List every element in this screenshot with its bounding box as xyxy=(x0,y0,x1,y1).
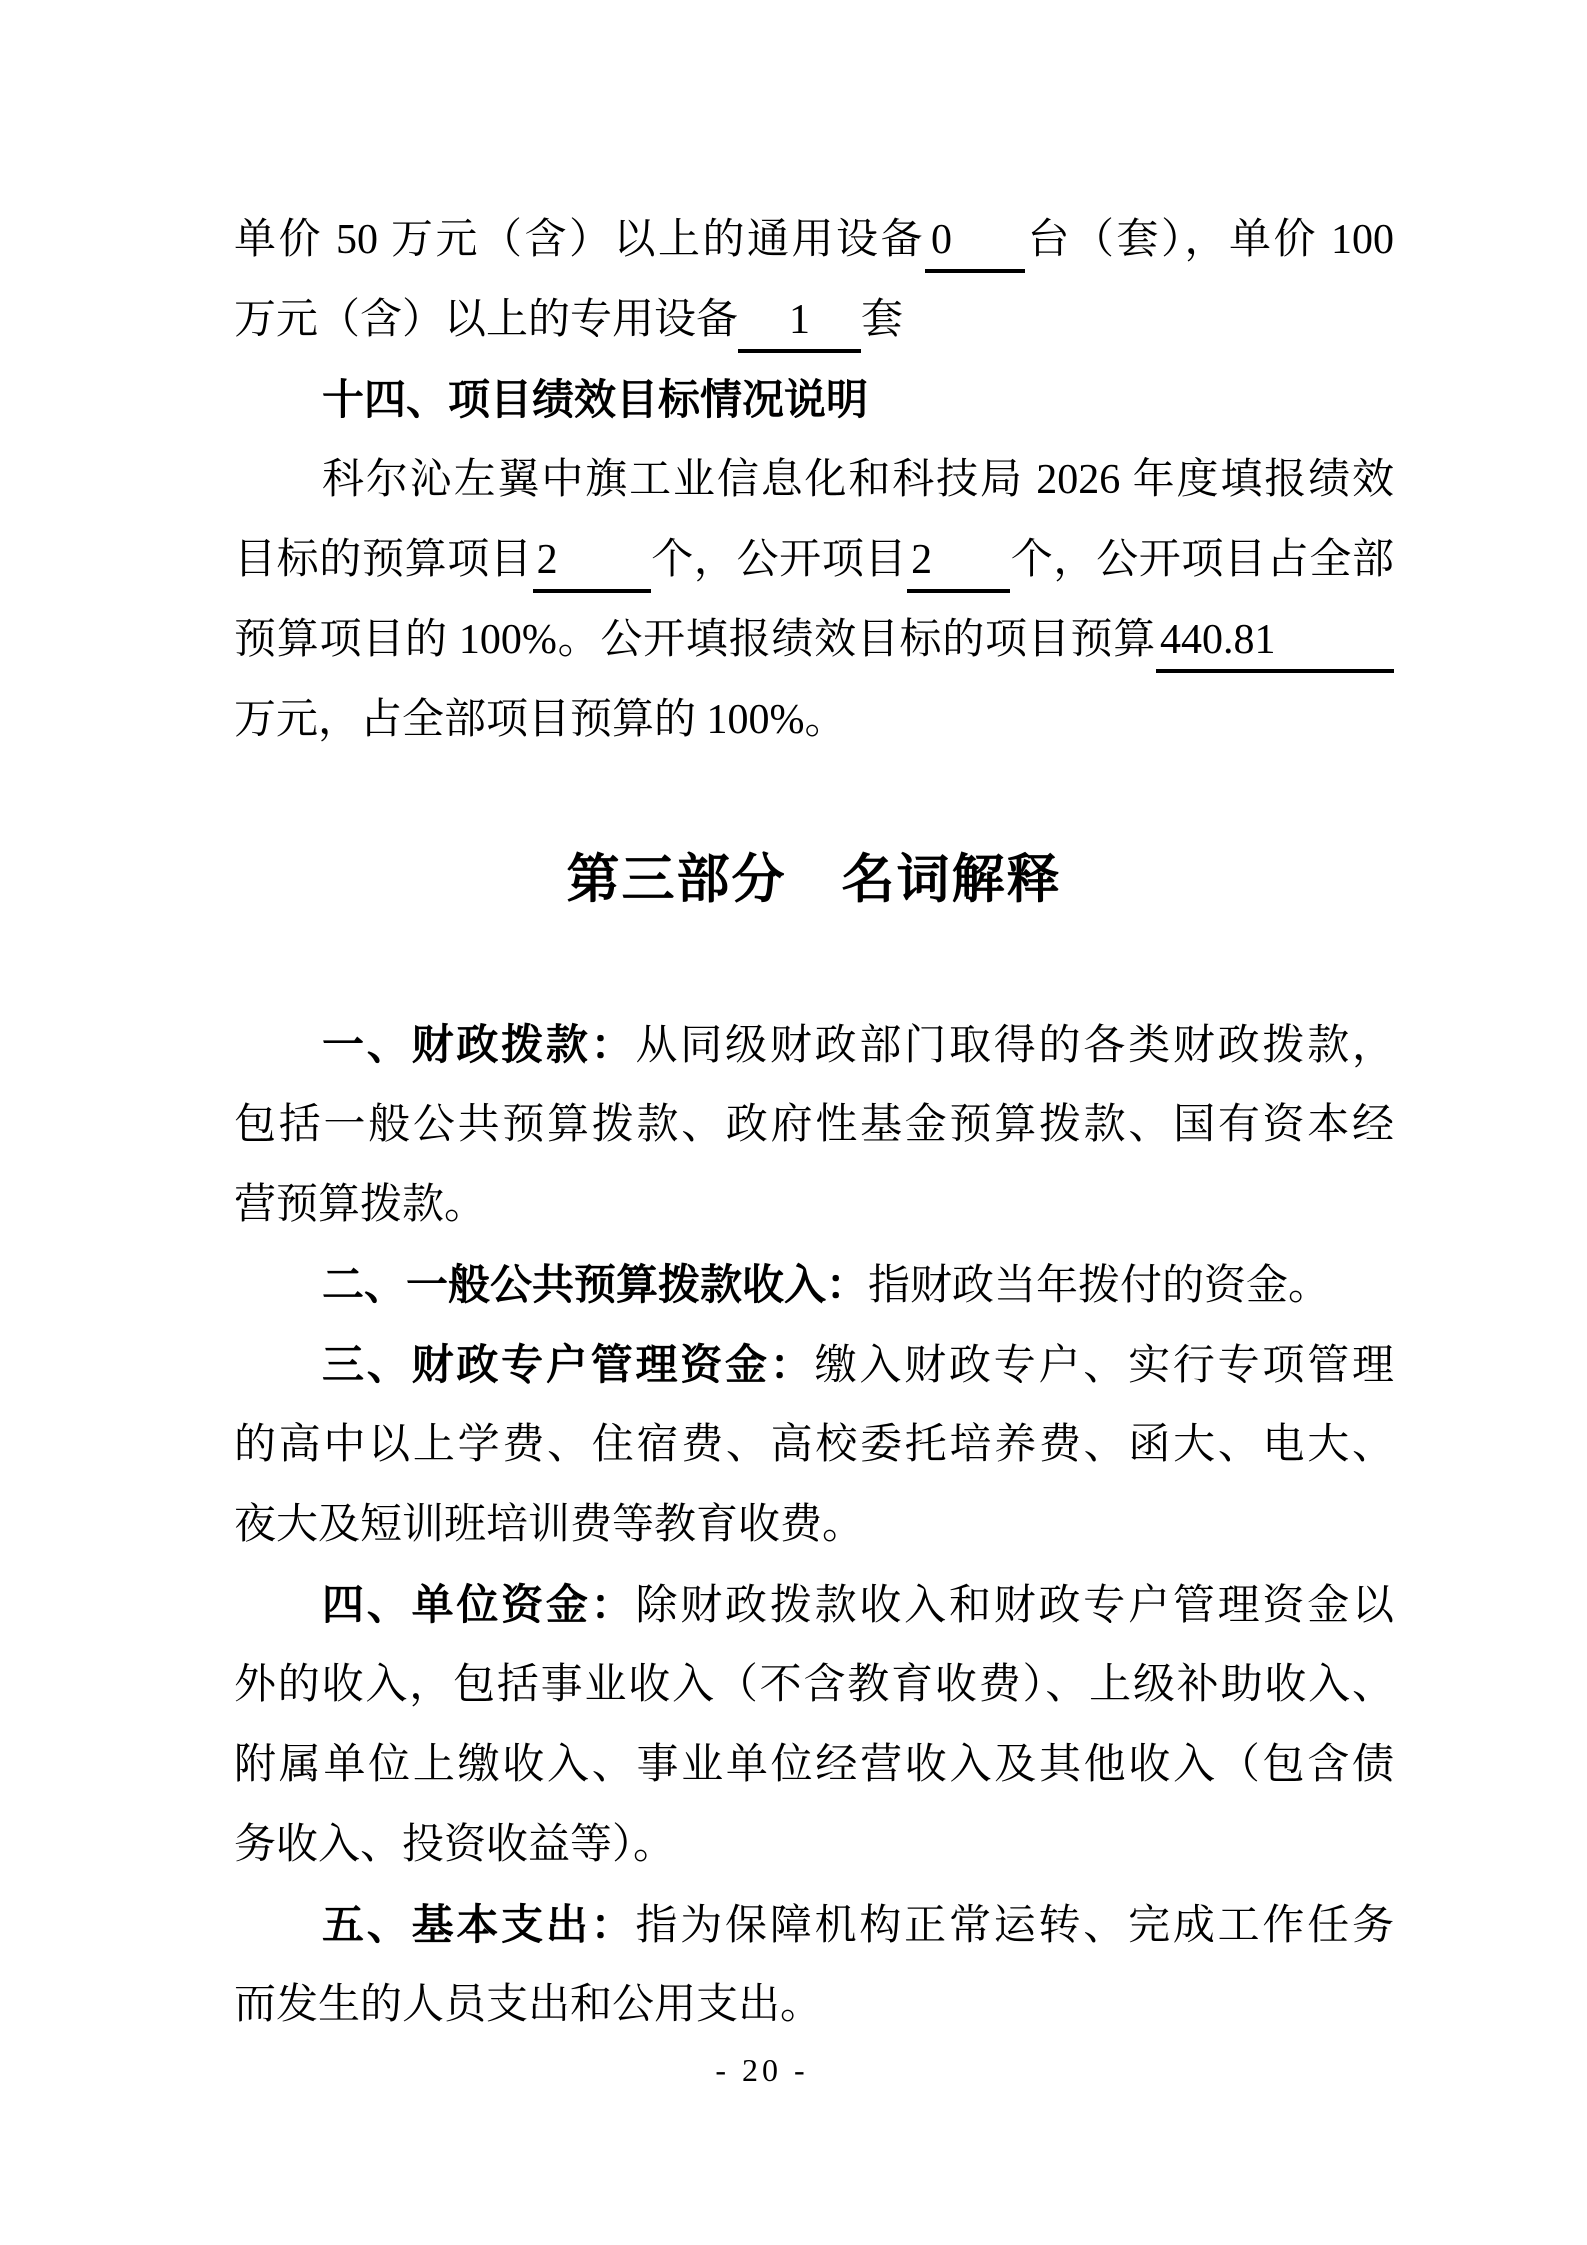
body-text-line: 三、财政专户管理资金：缴入财政专户、实行专项管理 xyxy=(234,1325,1394,1405)
text-segment: 务收入、投资收益等）。 xyxy=(234,1822,675,1868)
body-text-line: 外的收入，包括事业收入（不含教育收费）、上级补助收入、 xyxy=(234,1645,1394,1725)
filled-blank-value: 0 xyxy=(925,211,1025,273)
section-subheading: 十四、项目绩效目标情况说明 xyxy=(234,360,1394,440)
body-text-line: 四、单位资金：除财政拨款收入和财政专户管理资金以 xyxy=(234,1565,1394,1645)
text-segment: 四、单位资金： xyxy=(322,1581,635,1628)
body-text-line: 万元，占全部项目预算的 100%。 xyxy=(234,680,1394,760)
body-text-line: 包括一般公共预算拨款、政府性基金预算拨款、国有资本经 xyxy=(234,1085,1394,1165)
body-text-line: 营预算拨款。 xyxy=(234,1165,1394,1245)
text-segment: 个，公开项目占全部 xyxy=(1010,537,1394,583)
body-text-line: 万元（含）以上的专用设备1套 xyxy=(234,280,1394,360)
text-segment: 的高中以上学费、住宿费、高校委托培养费、函大、电大、 xyxy=(234,1422,1394,1468)
filled-blank-value: 2 xyxy=(907,531,1010,593)
text-segment: 附属单位上缴收入、事业单位经营收入及其他收入（包含债 xyxy=(234,1742,1394,1788)
text-segment: 单价 50 万元（含）以上的通用设备 xyxy=(234,217,925,263)
text-segment: 目标的预算项目 xyxy=(234,537,533,583)
text-segment: 万元（含）以上的专用设备 xyxy=(234,297,738,343)
filled-blank-value: 1 xyxy=(738,291,861,353)
body-text-line: 附属单位上缴收入、事业单位经营收入及其他收入（包含债 xyxy=(234,1725,1394,1805)
body-text-line: 而发生的人员支出和公用支出。 xyxy=(234,1965,1394,2045)
body-text-line: 科尔沁左翼中旗工业信息化和科技局 2026 年度填报绩效 xyxy=(234,440,1394,520)
text-segment: 营预算拨款。 xyxy=(234,1182,486,1228)
text-segment: 三、财政专户管理资金： xyxy=(322,1341,815,1388)
text-segment: 万元，占全部项目预算的 100%。 xyxy=(234,697,847,743)
body-text-line: 夜大及短训班培训费等教育收费。 xyxy=(234,1485,1394,1565)
text-segment: 指为保障机构正常运转、完成工作任务 xyxy=(635,1903,1394,1949)
text-segment: 科尔沁左翼中旗工业信息化和科技局 2026 年度填报绩效 xyxy=(322,457,1394,503)
text-segment: 二、一般公共预算拨款收入： xyxy=(322,1261,868,1308)
part-heading: 第三部分 名词解释 xyxy=(234,835,1394,925)
text-segment: 包括一般公共预算拨款、政府性基金预算拨款、国有资本经 xyxy=(234,1102,1394,1148)
text-segment: 缴入财政专户、实行专项管理 xyxy=(815,1343,1394,1389)
page-number: - 20 - xyxy=(182,2045,1342,2095)
text-segment: 从同级财政部门取得的各类财政拨款， xyxy=(635,1023,1394,1069)
body-text-line: 务收入、投资收益等）。 xyxy=(234,1805,1394,1885)
body-text-line: 的高中以上学费、住宿费、高校委托培养费、函大、电大、 xyxy=(234,1405,1394,1485)
body-text-line: 二、一般公共预算拨款收入：指财政当年拨付的资金。 xyxy=(234,1245,1394,1325)
text-segment: 台（套），单价 100 xyxy=(1025,217,1394,263)
body-text-line: 目标的预算项目2个，公开项目2个，公开项目占全部 xyxy=(234,520,1394,600)
text-segment: 除财政拨款收入和财政专户管理资金以 xyxy=(635,1583,1394,1629)
filled-blank-value: 440.81 xyxy=(1156,611,1394,673)
text-segment: 指财政当年拨付的资金。 xyxy=(868,1263,1330,1309)
document-body: 单价 50 万元（含）以上的通用设备0台（套），单价 100万元（含）以上的专用… xyxy=(234,200,1394,2045)
text-segment: 夜大及短训班培训费等教育收费。 xyxy=(234,1502,864,1548)
text-segment: 五、基本支出： xyxy=(322,1901,635,1948)
text-segment: 第三部分 名词解释 xyxy=(567,851,1062,909)
text-segment: 预算项目的 100%。公开填报绩效目标的项目预算 xyxy=(234,617,1156,663)
body-text-line: 五、基本支出：指为保障机构正常运转、完成工作任务 xyxy=(234,1885,1394,1965)
body-text-line: 单价 50 万元（含）以上的通用设备0台（套），单价 100 xyxy=(234,200,1394,280)
text-segment: 十四、项目绩效目标情况说明 xyxy=(322,376,868,423)
text-segment: 套 xyxy=(861,297,903,343)
document-page: 单价 50 万元（含）以上的通用设备0台（套），单价 100万元（含）以上的专用… xyxy=(0,0,1587,2245)
text-segment: 个，公开项目 xyxy=(651,537,908,583)
text-segment: 一、财政拨款： xyxy=(322,1021,635,1068)
filled-blank-value: 2 xyxy=(533,531,651,593)
text-segment: 而发生的人员支出和公用支出。 xyxy=(234,1982,822,2028)
body-text-line: 预算项目的 100%。公开填报绩效目标的项目预算440.81 xyxy=(234,600,1394,680)
text-segment: 外的收入，包括事业收入（不含教育收费）、上级补助收入、 xyxy=(234,1662,1394,1708)
body-text-line: 一、财政拨款：从同级财政部门取得的各类财政拨款， xyxy=(234,1005,1394,1085)
